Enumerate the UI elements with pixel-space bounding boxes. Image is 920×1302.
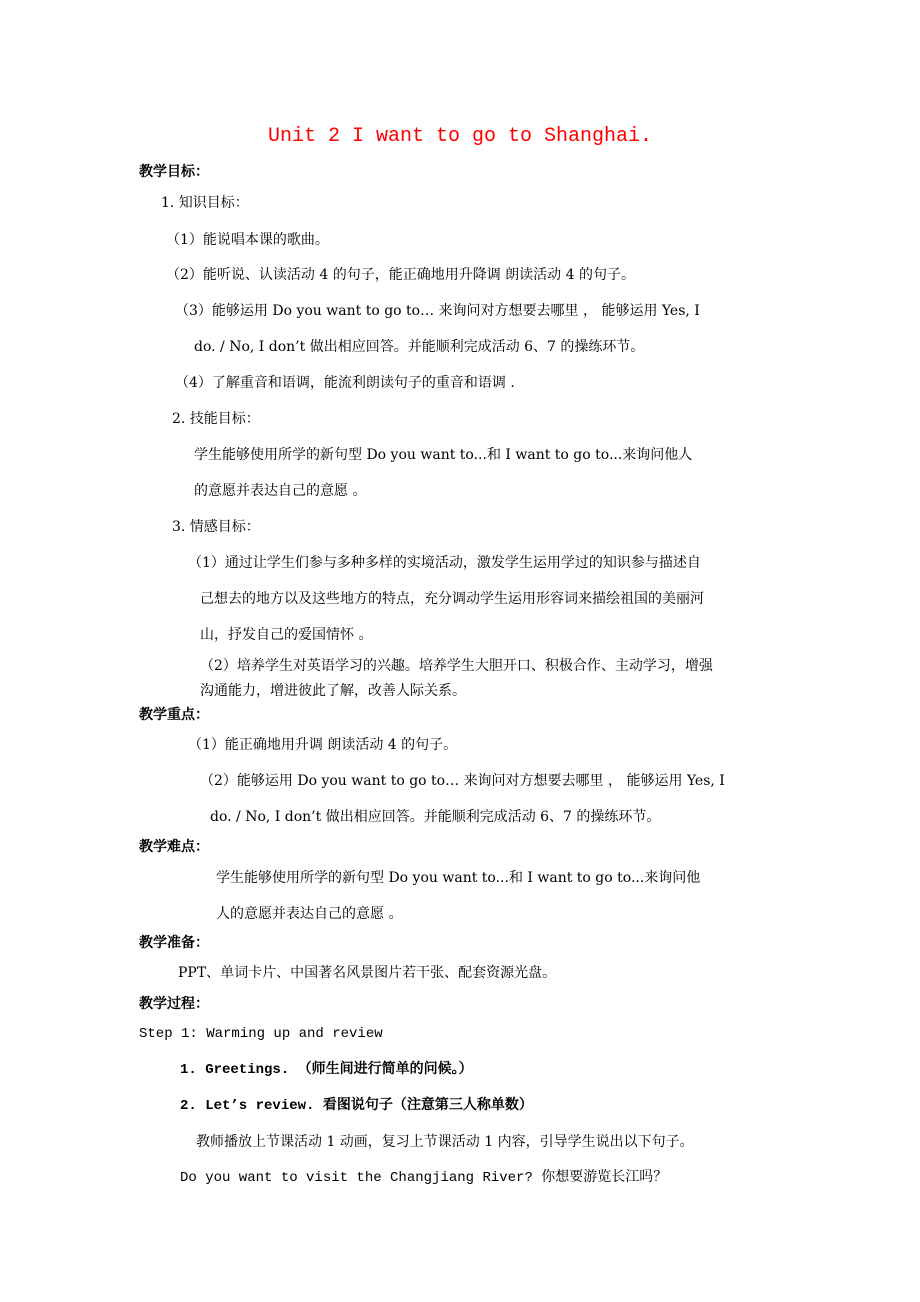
- emotion-line-3: 山，抒发自己的爱国情怀 。: [200, 626, 372, 644]
- difficulty-line-1: 学生能够使用所学的新句型 Do you want to...和 I want t…: [216, 869, 700, 887]
- preparation-heading: 教学准备：: [139, 934, 209, 952]
- knowledge-item-1: （1）能说唱本课的歌曲。: [166, 231, 329, 249]
- key-point-2-cont: do. / No, I don’t 做出相应回答。并能顺利完成活动 6、7 的操…: [210, 808, 660, 826]
- skill-line-2: 的意愿并表达自己的意愿 。: [194, 482, 366, 500]
- emotion-line-4: （2）培养学生对英语学习的兴趣。培养学生大胆开口、积极合作、主动学习，增强: [200, 657, 713, 675]
- step-1-title: Step 1: Warming up and review: [139, 1025, 383, 1043]
- process-item-review: 2. Let’s review. 看图说句子（注意第三人称单数）: [180, 1097, 533, 1115]
- document-title: Unit 2 I want to go to Shanghai.: [0, 124, 920, 150]
- knowledge-item-4: （4）了解重音和语调，能流利朗读句子的重音和语调 .: [175, 374, 515, 392]
- preparation-text: PPT、单词卡片、中国著名风景图片若干张、配套资源光盘。: [178, 964, 556, 982]
- key-point-1: （1）能正确地用升调 朗读活动 4 的句子。: [188, 736, 457, 754]
- process-item-greetings: 1. Greetings. （师生间进行简单的问候。）: [180, 1061, 473, 1079]
- difficulty-line-2: 人的意愿并表达自己的意愿 。: [216, 905, 402, 923]
- objectives-heading: 教学目标：: [139, 163, 209, 181]
- process-heading: 教学过程：: [139, 995, 209, 1013]
- difficulties-heading: 教学难点：: [139, 838, 209, 856]
- emotion-line-2: 己想去的地方以及这些地方的特点，充分调动学生运用形容词来描绘祖国的美丽河: [200, 590, 704, 608]
- example-sentence: Do you want to visit the Changjiang Rive…: [180, 1169, 667, 1187]
- emotion-objectives-label: 3. 情感目标：: [172, 518, 260, 536]
- key-points-heading: 教学重点：: [139, 706, 209, 724]
- key-point-2: （2）能够运用 Do you want to go to… 来询问对方想要去哪里…: [200, 772, 725, 790]
- emotion-line-5: 沟通能力，增进彼此了解，改善人际关系。: [200, 682, 466, 700]
- knowledge-item-2: （2）能听说、认读活动 4 的句子，能正确地用升降调 朗读活动 4 的句子。: [166, 266, 635, 284]
- skill-line-1: 学生能够使用所学的新句型 Do you want to...和 I want t…: [194, 446, 692, 464]
- document-page: Unit 2 I want to go to Shanghai. 教学目标： 1…: [0, 0, 920, 1302]
- process-paragraph: 教师播放上节课活动 1 动画，复习上节课活动 1 内容，引导学生说出以下句子。: [196, 1133, 694, 1151]
- knowledge-objectives-label: 1. 知识目标：: [161, 194, 249, 212]
- skill-objectives-label: 2. 技能目标：: [172, 410, 260, 428]
- emotion-line-1: （1）通过让学生们参与多种多样的实境活动，激发学生运用学过的知识参与描述自: [188, 554, 701, 572]
- knowledge-item-3: （3）能够运用 Do you want to go to… 来询问对方想要去哪里…: [175, 302, 700, 320]
- knowledge-item-3-cont: do. / No, I don’t 做出相应回答。并能顺利完成活动 6、7 的操…: [194, 338, 644, 356]
